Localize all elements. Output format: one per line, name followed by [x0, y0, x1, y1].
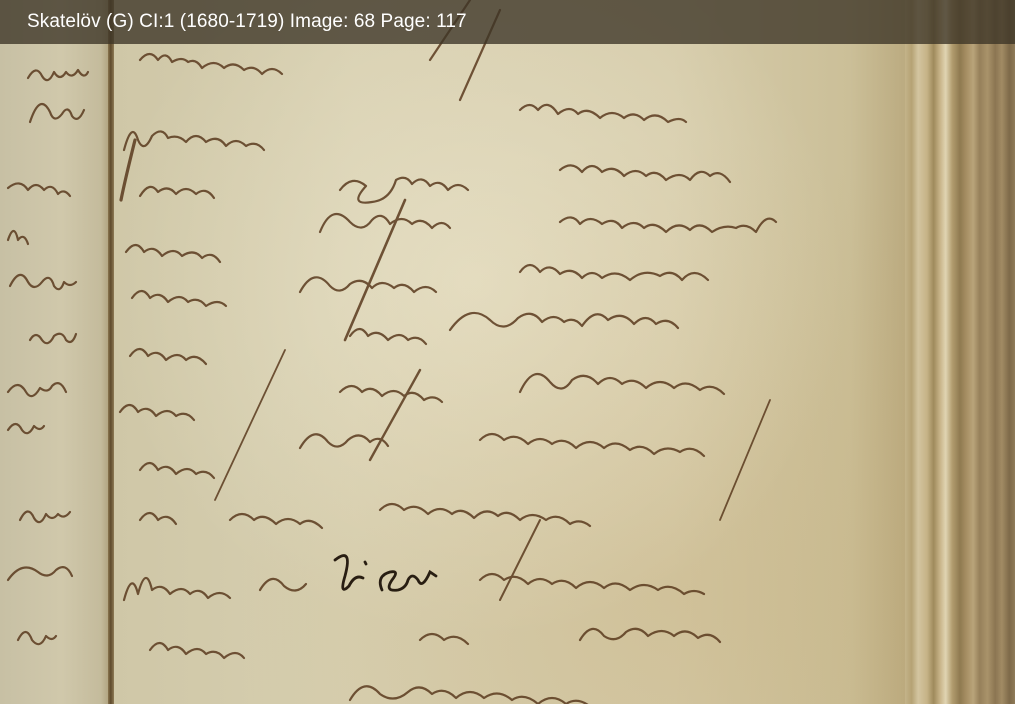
title-bar: Skatelöv (G) CI:1 (1680-1719) Image: 68 … [0, 0, 1015, 44]
image-title: Skatelöv (G) CI:1 (1680-1719) Image: 68 … [0, 11, 467, 33]
page-stack-edges [905, 0, 1015, 704]
binding-gutter [108, 0, 114, 704]
manuscript-page [114, 0, 914, 704]
image-viewer[interactable]: Skatelöv (G) CI:1 (1680-1719) Image: 68 … [0, 0, 1015, 704]
left-page-edge [0, 0, 112, 704]
